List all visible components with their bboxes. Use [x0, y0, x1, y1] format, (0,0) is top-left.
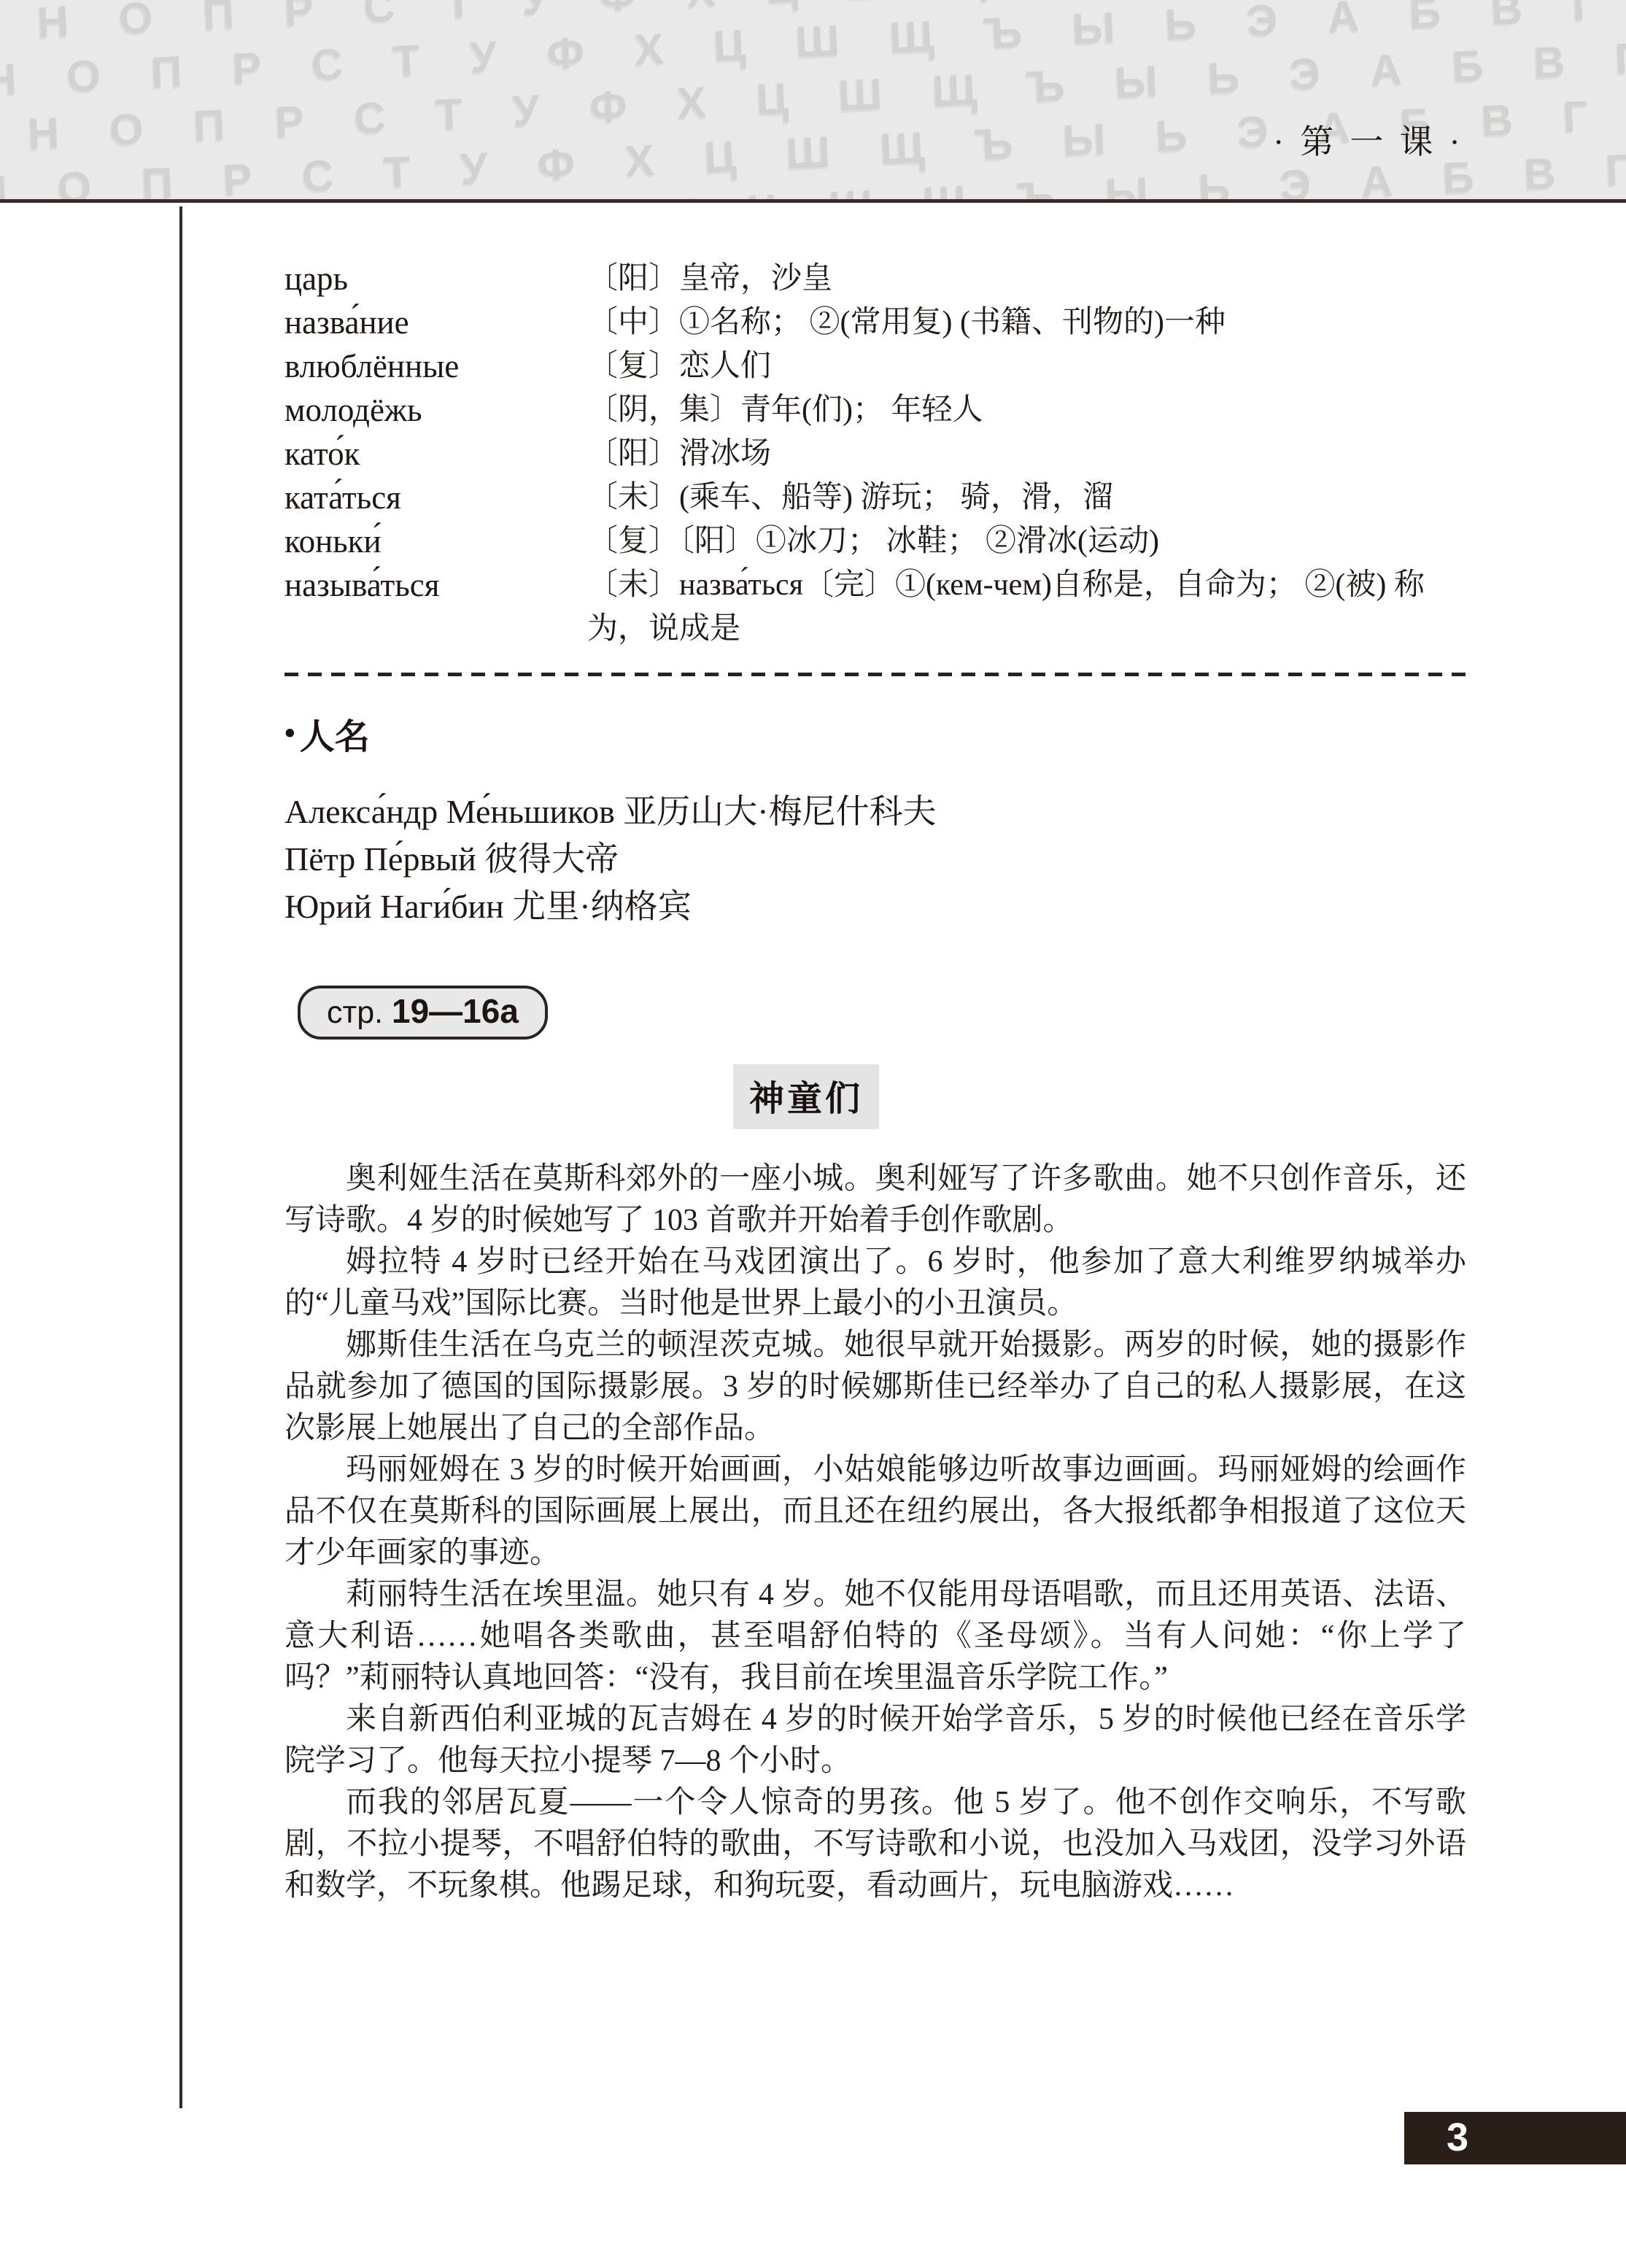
vocab-word: коньки́	[284, 519, 587, 563]
left-margin-rule	[179, 206, 182, 2108]
names-heading-label: 人名	[300, 708, 370, 759]
vocab-row: называ́ться 〔未〕назва́ться〔完〕①(кем-чем)自称…	[284, 563, 1466, 651]
article-body: 奥利娅生活在莫斯科郊外的一座小城。奥利娅写了许多歌曲。她不只创作音乐，还写诗歌。…	[284, 1158, 1466, 1907]
page-content: царь 〔阳〕皇帝，沙皇 назва́ние 〔中〕①名称； ②(常用复) (…	[284, 257, 1466, 1907]
names-heading: • 人名	[284, 708, 1466, 759]
vocab-row: ката́ться 〔未〕(乘车、船等) 游玩； 骑，滑，溜	[284, 476, 1466, 519]
vocab-definition: 〔未〕(乘车、船等) 游玩； 骑，滑，溜	[587, 476, 1466, 519]
vocabulary-list: царь 〔阳〕皇帝，沙皇 назва́ние 〔中〕①名称； ②(常用复) (…	[284, 257, 1466, 651]
vocab-definition: 〔未〕назва́ться〔完〕①(кем-чем)自称是，自命为； ②(被) …	[587, 563, 1466, 651]
name-entry: Пётр Пе́рвый 彼得大帝	[284, 835, 1466, 883]
vocab-definition: 〔阴，集〕青年(们)； 年轻人	[587, 388, 1466, 432]
vocab-word: называ́ться	[284, 563, 587, 607]
vocab-word: ката́ться	[284, 476, 587, 519]
article-paragraph: 奥利娅生活在莫斯科郊外的一座小城。奥利娅写了许多歌曲。她不只创作音乐，还写诗歌。…	[284, 1158, 1466, 1242]
name-entry: Алекса́ндр Ме́ньшиков 亚历山大·梅尼什科夫	[284, 788, 1466, 835]
article-paragraph: 娜斯佳生活在乌克兰的顿涅茨克城。她很早就开始摄影。两岁的时候，她的摄影作品就参加…	[284, 1325, 1466, 1450]
page-number: 3	[1447, 2115, 1468, 2160]
article-paragraph: 莉丽特生活在埃里温。她只有 4 岁。她不仅能用母语唱歌，而且还用英语、法语、意大…	[284, 1574, 1466, 1699]
vocab-word: молодёжь	[284, 388, 587, 432]
vocab-word: влюблённые	[284, 344, 587, 388]
vocab-row: коньки́ 〔复〕〔阳〕①冰刀； 冰鞋； ②滑冰(运动)	[284, 519, 1466, 563]
article-title-row: 神童们	[215, 1064, 1397, 1129]
vocab-definition: 〔中〕①名称； ②(常用复) (书籍、刊物的)一种	[587, 301, 1466, 344]
bullet-icon: •	[284, 719, 295, 749]
name-entry: Юрий Наги́бин 尤里·纳格宾	[284, 883, 1466, 930]
vocab-row: назва́ние 〔中〕①名称； ②(常用复) (书籍、刊物的)一种	[284, 301, 1466, 344]
article-paragraph: 姆拉特 4 岁时已经开始在马戏团演出了。6 岁时，他参加了意大利维罗纳城举办的“…	[284, 1242, 1466, 1325]
vocab-definition: 〔复〕恋人们	[587, 344, 1466, 388]
vocab-word: назва́ние	[284, 301, 587, 344]
vocab-word: като́к	[284, 432, 587, 476]
page-ref-badge: стр. 19—16a	[298, 986, 548, 1040]
alphabet-watermark: М Н О П Р С Т У Ф Х Ц Ш Щ Ъ Ы Ь Э А Б В …	[0, 0, 1626, 203]
article-paragraph: 来自新西伯利亚城的瓦吉姆在 4 岁的时候开始学音乐，5 岁的时候他已经在音乐学院…	[284, 1699, 1466, 1782]
vocab-row: царь 〔阳〕皇帝，沙皇	[284, 257, 1466, 301]
page-number-box: 3	[1404, 2112, 1626, 2164]
article-title: 神童们	[733, 1064, 879, 1129]
vocab-row: влюблённые 〔复〕恋人们	[284, 344, 1466, 388]
textbook-page: М Н О П Р С Т У Ф Х Ц Ш Щ Ъ Ы Ь Э А Б В …	[0, 0, 1626, 2268]
vocab-row: молодёжь 〔阴，集〕青年(们)； 年轻人	[284, 388, 1466, 432]
vocab-definition: 〔复〕〔阳〕①冰刀； 冰鞋； ②滑冰(运动)	[587, 519, 1466, 563]
vocab-definition: 〔阳〕皇帝，沙皇	[587, 257, 1466, 301]
vocab-word: царь	[284, 257, 587, 301]
vocab-row: като́к 〔阳〕滑冰场	[284, 432, 1466, 476]
dashed-divider	[284, 673, 1466, 676]
lesson-label: ·第一课·	[1273, 115, 1476, 163]
header-band: М Н О П Р С Т У Ф Х Ц Ш Щ Ъ Ы Ь Э А Б В …	[0, 0, 1626, 203]
article-paragraph: 而我的邻居瓦夏——一个令人惊奇的男孩。他 5 岁了。他不创作交响乐，不写歌剧，不…	[284, 1782, 1466, 1907]
article-paragraph: 玛丽娅姆在 3 岁的时候开始画画，小姑娘能够边听故事边画画。玛丽娅姆的绘画作品不…	[284, 1450, 1466, 1574]
vocab-definition: 〔阳〕滑冰场	[587, 432, 1466, 476]
page-ref-prefix: стр.	[327, 995, 383, 1030]
page-ref-range: 19—16a	[392, 992, 519, 1030]
